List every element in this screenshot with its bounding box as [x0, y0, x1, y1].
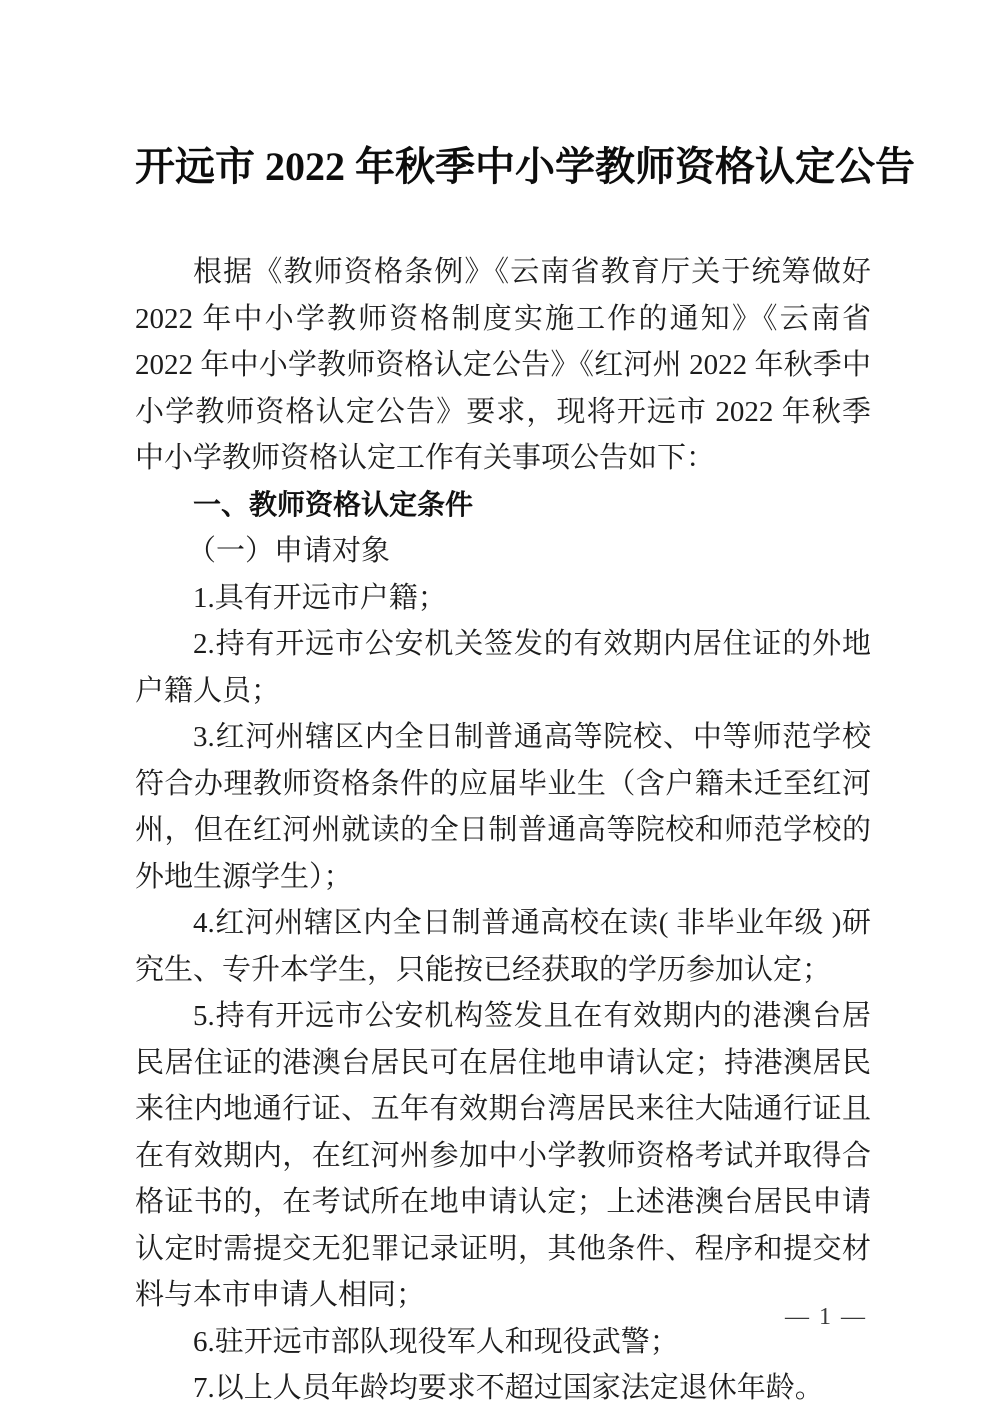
- list-item-3: 3.红河州辖区内全日制普通高等院校、中等师范学校符合办理教师资格条件的应届毕业生…: [135, 714, 871, 900]
- list-item-4: 4.红河州辖区内全日制普通高校在读( 非毕业年级 )研究生、专升本学生，只能按已…: [135, 900, 871, 993]
- document-page: 开远市 2022 年秋季中小学教师资格认定公告 根据《教师资格条例》《云南省教育…: [0, 0, 1000, 1414]
- document-title: 开远市 2022 年秋季中小学教师资格认定公告: [135, 138, 871, 196]
- section-heading-conditions: 一、教师资格认定条件: [135, 482, 871, 529]
- list-item-7: 7.以上人员年龄均要求不超过国家法定退休年龄。: [135, 1365, 871, 1412]
- list-item-6: 6.驻开远市部队现役军人和现役武警；: [135, 1319, 871, 1366]
- page-number: — 1 —: [785, 1300, 867, 1334]
- list-item-1: 1.具有开远市户籍；: [135, 575, 871, 622]
- list-item-5: 5.持有开远市公安机构签发且在有效期内的港澳台居民居住证的港澳台居民可在居住地申…: [135, 993, 871, 1319]
- subsection-heading-applicants: （一）申请对象: [135, 528, 871, 575]
- intro-paragraph: 根据《教师资格条例》《云南省教育厅关于统筹做好 2022 年中小学教师资格制度实…: [135, 249, 871, 482]
- list-item-2: 2.持有开远市公安机关签发的有效期内居住证的外地户籍人员；: [135, 621, 871, 714]
- document-content: 开远市 2022 年秋季中小学教师资格认定公告 根据《教师资格条例》《云南省教育…: [135, 138, 871, 1412]
